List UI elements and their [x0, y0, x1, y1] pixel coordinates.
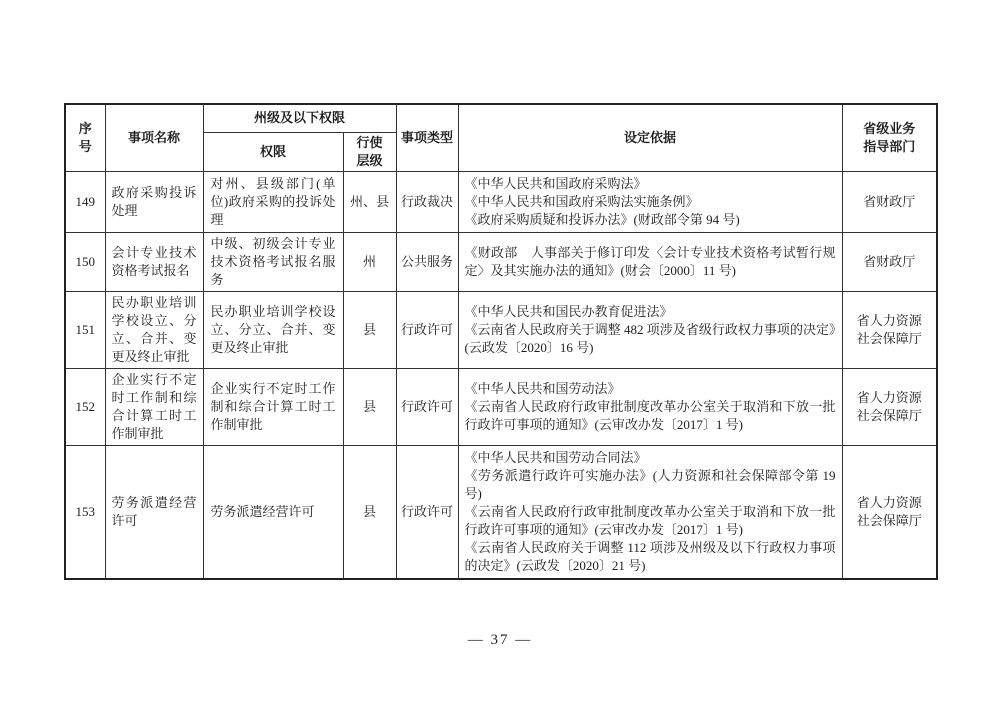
- basis-cell: 《财政部 人事部关于修订印发〈会计专业技术资格考试暂行规定〉及其实施办法的通知》…: [458, 232, 842, 291]
- basis-cell: 《中华人民共和国劳动合同法》 《劳务派遣行政许可实施办法》(人力资源和社会保障部…: [458, 445, 842, 579]
- table-row: 149 政府采购投诉处理 对州、县级部门(单位)政府采购的投诉处理 州、县 行政…: [65, 171, 937, 232]
- header-authority: 权限: [203, 132, 343, 171]
- authority-cell: 中级、初级会计专业技术资格考试报名服务: [203, 232, 343, 291]
- header-prefecture-authority-group: 州级及以下权限: [203, 104, 396, 132]
- exercise-level-cell: 县: [343, 368, 396, 445]
- legal-reference: 《云南省人民政府行政审批制度改革办公室关于取消和下放一批行政许可事项的通知》(云…: [465, 503, 836, 539]
- item-name-cell: 劳务派遣经营许可: [105, 445, 203, 579]
- table-row: 152 企业实行不定时工作制和综合计算工时工作制审批 企业实行不定时工作制和综合…: [65, 368, 937, 445]
- exercise-level-cell: 县: [343, 291, 396, 368]
- page-number: — 37 —: [0, 632, 1000, 649]
- authority-cell: 劳务派遣经营许可: [203, 445, 343, 579]
- authority-cell: 对州、县级部门(单位)政府采购的投诉处理: [203, 171, 343, 232]
- item-name-cell: 会计专业技术资格考试报名: [105, 232, 203, 291]
- basis-cell: 《中华人民共和国政府采购法》 《中华人民共和国政府采购法实施条例》 《政府采购质…: [458, 171, 842, 232]
- legal-reference: 《中华人民共和国民办教育促进法》: [465, 303, 836, 321]
- legal-reference: 《中华人民共和国政府采购法实施条例》: [465, 193, 836, 211]
- exercise-level-cell: 州、县: [343, 171, 396, 232]
- table-row: 153 劳务派遣经营许可 劳务派遣经营许可 县 行政许可 《中华人民共和国劳动合…: [65, 445, 937, 579]
- item-type-cell: 公共服务: [396, 232, 458, 291]
- item-type-cell: 行政许可: [396, 368, 458, 445]
- legal-reference: 《政府采购质疑和投诉办法》(财政部令第 94 号): [465, 211, 836, 229]
- header-exercise-level: 行使 层级: [343, 132, 396, 171]
- header-item-type: 事项类型: [396, 104, 458, 171]
- exercise-level-cell: 县: [343, 445, 396, 579]
- authority-cell: 民办职业培训学校设立、分立、合并、变更及终止审批: [203, 291, 343, 368]
- guidance-dept-cell: 省财政厅: [842, 171, 937, 232]
- item-type-cell: 行政许可: [396, 291, 458, 368]
- item-name-cell: 民办职业培训学校设立、分立、合并、变更及终止审批: [105, 291, 203, 368]
- legal-reference: 《云南省人民政府关于调整 112 项涉及州级及以下行政权力事项的决定》(云政发〔…: [465, 539, 836, 575]
- legal-reference: 《中华人民共和国劳动法》: [465, 380, 836, 398]
- item-name-cell: 政府采购投诉处理: [105, 171, 203, 232]
- item-name-cell: 企业实行不定时工作制和综合计算工时工作制审批: [105, 368, 203, 445]
- basis-cell: 《中华人民共和国民办教育促进法》 《云南省人民政府关于调整 482 项涉及省级行…: [458, 291, 842, 368]
- serial-cell: 153: [65, 445, 105, 579]
- authority-cell: 企业实行不定时工作制和综合计算工时工作制审批: [203, 368, 343, 445]
- authority-items-table: 序 号 事项名称 州级及以下权限 事项类型 设定依据 省级业务 指导部门 权限 …: [64, 103, 938, 580]
- legal-reference: 《云南省人民政府关于调整 482 项涉及省级行政权力事项的决定》(云政发〔202…: [465, 321, 836, 357]
- header-serial-no: 序 号: [65, 104, 105, 171]
- serial-cell: 152: [65, 368, 105, 445]
- serial-cell: 149: [65, 171, 105, 232]
- document-page: 序 号 事项名称 州级及以下权限 事项类型 设定依据 省级业务 指导部门 权限 …: [0, 0, 1000, 707]
- guidance-dept-cell: 省人力资源 社会保障厅: [842, 291, 937, 368]
- serial-cell: 150: [65, 232, 105, 291]
- legal-reference: 《中华人民共和国政府采购法》: [465, 175, 836, 193]
- legal-reference: 《云南省人民政府行政审批制度改革办公室关于取消和下放一批行政许可事项的通知》(云…: [465, 398, 836, 434]
- header-row-1: 序 号 事项名称 州级及以下权限 事项类型 设定依据 省级业务 指导部门: [65, 104, 937, 132]
- legal-reference: 《劳务派遣行政许可实施办法》(人力资源和社会保障部令第 19 号): [465, 467, 836, 503]
- table-row: 151 民办职业培训学校设立、分立、合并、变更及终止审批 民办职业培训学校设立、…: [65, 291, 937, 368]
- guidance-dept-cell: 省财政厅: [842, 232, 937, 291]
- item-type-cell: 行政裁决: [396, 171, 458, 232]
- legal-reference: 《中华人民共和国劳动合同法》: [465, 449, 836, 467]
- item-type-cell: 行政许可: [396, 445, 458, 579]
- exercise-level-cell: 州: [343, 232, 396, 291]
- serial-cell: 151: [65, 291, 105, 368]
- guidance-dept-cell: 省人力资源 社会保障厅: [842, 445, 937, 579]
- table-row: 150 会计专业技术资格考试报名 中级、初级会计专业技术资格考试报名服务 州 公…: [65, 232, 937, 291]
- legal-reference: 《财政部 人事部关于修订印发〈会计专业技术资格考试暂行规定〉及其实施办法的通知》…: [465, 244, 836, 280]
- header-item-name: 事项名称: [105, 104, 203, 171]
- basis-cell: 《中华人民共和国劳动法》 《云南省人民政府行政审批制度改革办公室关于取消和下放一…: [458, 368, 842, 445]
- guidance-dept-cell: 省人力资源 社会保障厅: [842, 368, 937, 445]
- header-provincial-dept: 省级业务 指导部门: [842, 104, 937, 171]
- header-setting-basis: 设定依据: [458, 104, 842, 171]
